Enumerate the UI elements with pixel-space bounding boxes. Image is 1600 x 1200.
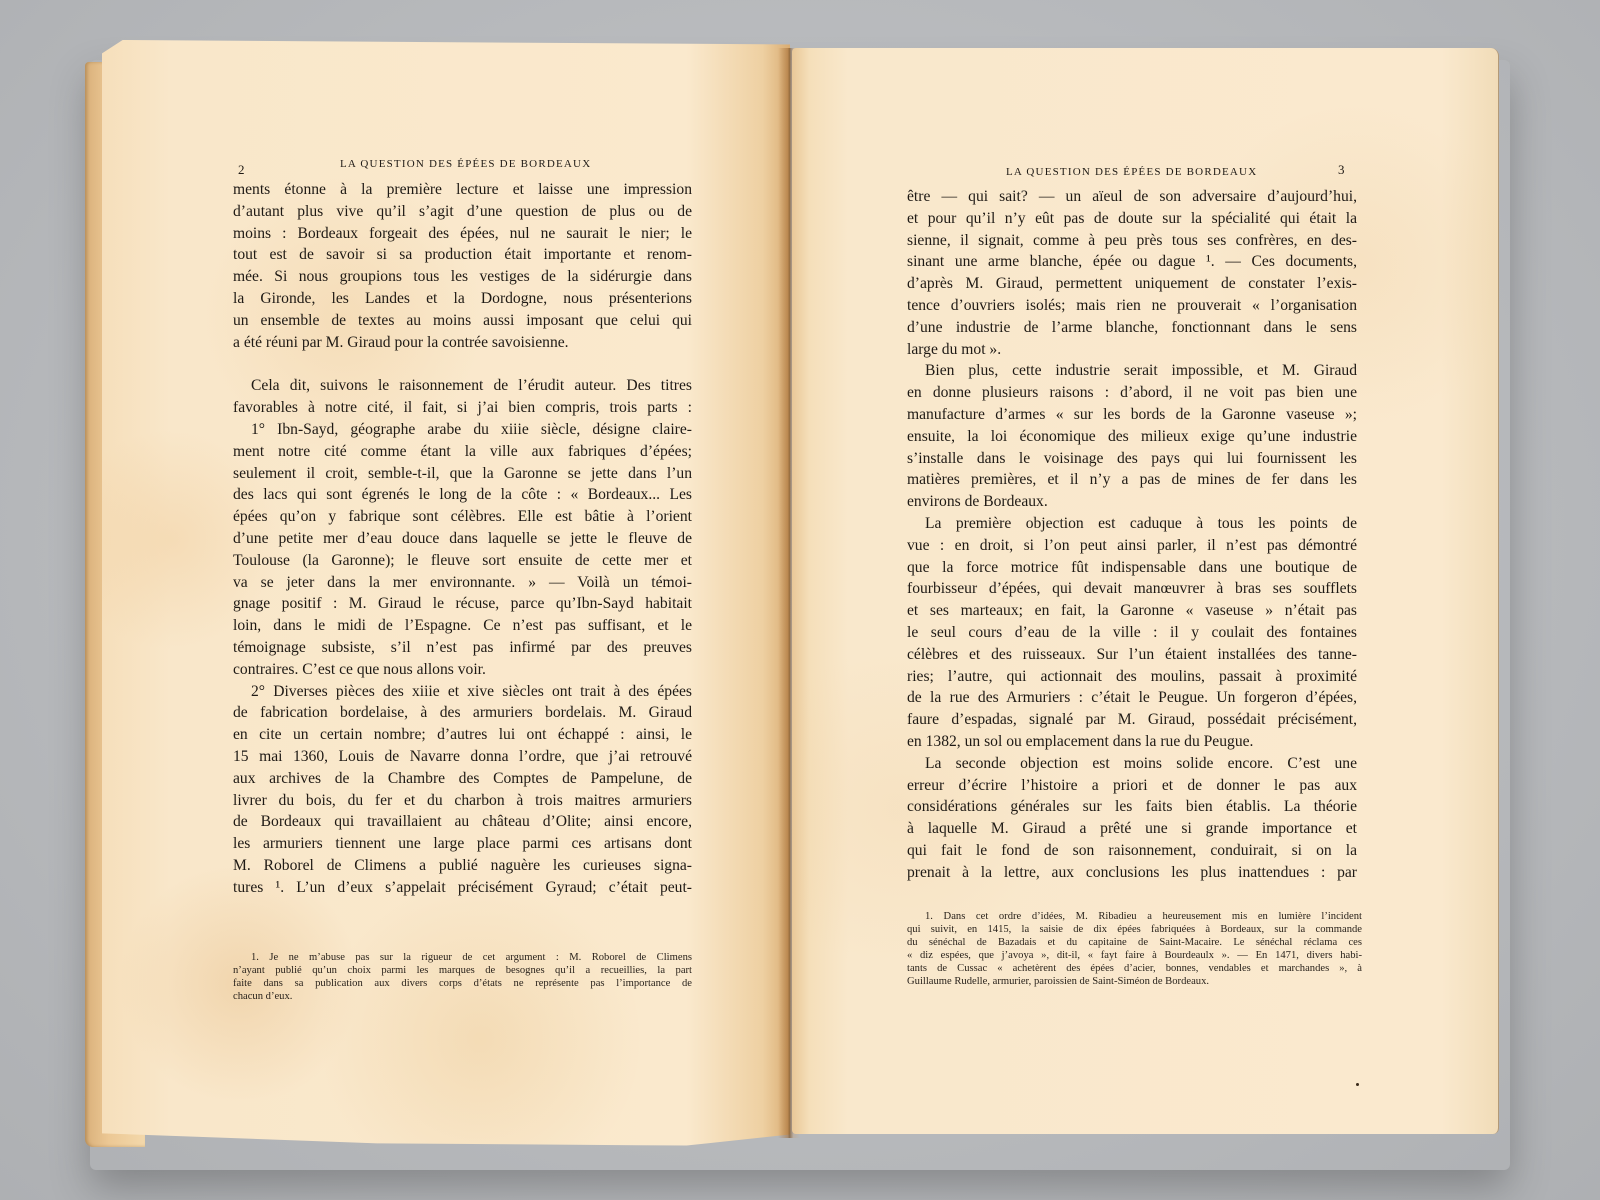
- text-line: favorables à notre cité, il fait, si j’a…: [233, 397, 692, 419]
- text-line: de fabrication bordelaise, à des armurie…: [233, 702, 692, 724]
- text-line: va se jeter dans la mer environnante. » …: [233, 572, 692, 594]
- text-line: qui fait le fond de son raisonnement, co…: [907, 840, 1357, 862]
- text-line: la Gironde, les Landes et la Dordogne, n…: [233, 288, 692, 310]
- text-line: un ensemble de textes au moins aussi imp…: [233, 310, 692, 332]
- running-head: LA QUESTION DES ÉPÉES DE BORDEAUX: [1006, 166, 1257, 178]
- text-line: de Bordeaux qui travaillaient au château…: [233, 811, 692, 833]
- footnote-line: chacun d’eux.: [233, 990, 692, 1003]
- text-line: fourbisseur d’épées, qui devait manœuvre…: [907, 578, 1357, 600]
- footnote-line: tants de Cussac « achetèrent des épées d…: [907, 962, 1362, 975]
- text-line: en donne plusieurs raisons : d’abord, il…: [907, 382, 1357, 404]
- text-line: en 1382, un sol ou emplacement dans la r…: [907, 731, 1357, 753]
- text-line: d’une industrie de l’arme blanche, fonct…: [907, 317, 1357, 339]
- footnote-line: Guillaume Rudelle, armurier, paroissien …: [907, 975, 1362, 988]
- text-line: ries; l’autre, qui actionnait des moulin…: [907, 666, 1357, 688]
- text-line: des lacs qui sont égrenés le long de la …: [233, 484, 692, 506]
- text-line: en cite un certain nombre; d’autres lui …: [233, 724, 692, 746]
- text-line: prenait à la lettre, aux conclusions les…: [907, 862, 1357, 884]
- paper-speck: [1356, 1083, 1359, 1086]
- text-line: manufacture d’armes « sur les bords de l…: [907, 404, 1357, 426]
- text-line: d’autant plus vive qu’il s’agit d’une qu…: [233, 201, 692, 223]
- left-footnote: 1. Je ne m’abuse pas sur la rigueur de c…: [233, 951, 692, 1003]
- left-body-text: ments étonne à la première lecture et la…: [233, 179, 692, 899]
- text-line: témoignage subsiste, s’il n’est pas infi…: [233, 637, 692, 659]
- page-number: 3: [1338, 162, 1345, 178]
- text-line: tence d’ouvriers isolés; mais rien ne pr…: [907, 295, 1357, 317]
- footnote-line: 1. Je ne m’abuse pas sur la rigueur de c…: [233, 951, 692, 964]
- text-line: les armuriers tiennent une large place p…: [233, 833, 692, 855]
- text-line: Cela dit, suivons le raisonnement de l’é…: [233, 375, 692, 397]
- page-number: 2: [238, 162, 245, 178]
- text-line: M. Roborel de Climens a publié naguère l…: [233, 855, 692, 877]
- text-line: livrer du bois, du fer et du charbon à t…: [233, 790, 692, 812]
- text-line: large du mot ».: [907, 339, 1357, 361]
- text-line: d’une petite mer d’eau douce dans laquel…: [233, 528, 692, 550]
- text-line: tout est de savoir si sa production étai…: [233, 244, 692, 266]
- right-footnote: 1. Dans cet ordre d’idées, M. Ribadieu a…: [907, 910, 1362, 988]
- text-line: loin, dans le midi de l’Espagne. Ce n’es…: [233, 615, 692, 637]
- text-line: vue : en droit, si l’on peut ainsi parle…: [907, 535, 1357, 557]
- text-line: d’après M. Giraud, permettent uniquement…: [907, 273, 1357, 295]
- text-line: La première objection est caduque à tous…: [907, 513, 1357, 535]
- text-line: faure d’espadas, signalé par M. Giraud, …: [907, 709, 1357, 731]
- footnote-line: n’ayant publié qu’un choix parmi les mar…: [233, 964, 692, 977]
- text-line: le seul cours d’eau de la ville : il y c…: [907, 622, 1357, 644]
- text-line: ment notre cité comme étant la ville aux…: [233, 441, 692, 463]
- text-line: que la force motrice fût indispensable d…: [907, 557, 1357, 579]
- text-line: tures ¹. L’un d’eux s’appelait préciséme…: [233, 877, 692, 899]
- text-line: erreur d’écrire l’histoire a priori et d…: [907, 775, 1357, 797]
- text-line: mée. Si nous groupions tous les vestiges…: [233, 266, 692, 288]
- text-line: 2° Diverses pièces des xiiie et xive siè…: [233, 681, 692, 703]
- text-line: aux archives de la Chambre des Comptes d…: [233, 768, 692, 790]
- text-line: s’installe dans le voisinage des pays qu…: [907, 448, 1357, 470]
- text-line: Toulouse (la Garonne); le fleuve sort en…: [233, 550, 692, 572]
- text-line: contraires. C’est ce que nous allons voi…: [233, 659, 692, 681]
- footnote-line: du sénéchal de Bazadais et du capitaine …: [907, 936, 1362, 949]
- text-line: Bien plus, cette industrie serait imposs…: [907, 360, 1357, 382]
- text-line: gnage positif : M. Giraud le récuse, par…: [233, 593, 692, 615]
- right-page: LA QUESTION DES ÉPÉES DE BORDEAUX 3 être…: [792, 48, 1499, 1134]
- text-line: seulement il croit, semble-t-il, que la …: [233, 463, 692, 485]
- text-line: et pour qu’il n’y eût pas de doute sur l…: [907, 208, 1357, 230]
- text-line: célèbres et des ruisseaux. Sur l’un étai…: [907, 644, 1357, 666]
- right-body-text: être — qui sait? — un aïeul de son adver…: [907, 186, 1357, 884]
- text-line: être — qui sait? — un aïeul de son adver…: [907, 186, 1357, 208]
- text-line: a été réuni par M. Giraud pour la contré…: [233, 332, 692, 354]
- text-line: sienne, il signait, comme à peu près tou…: [907, 230, 1357, 252]
- text-line: ments étonne à la première lecture et la…: [233, 179, 692, 201]
- text-line: considérations générales sur les faits b…: [907, 796, 1357, 818]
- paragraph-gap: [233, 353, 692, 375]
- footnote-line: 1. Dans cet ordre d’idées, M. Ribadieu a…: [907, 910, 1362, 923]
- left-page: 2 LA QUESTION DES ÉPÉES DE BORDEAUX ment…: [102, 40, 790, 1150]
- footnote-line: « diz espées, que j’avoya », dit-il, « f…: [907, 949, 1362, 962]
- footnote-line: faite dans sa publication aux divers cor…: [233, 977, 692, 990]
- text-line: de la rue des Armuriers : c’était le Peu…: [907, 687, 1357, 709]
- text-line: 1° Ibn-Sayd, géographe arabe du xiiie si…: [233, 419, 692, 441]
- text-line: 15 mai 1360, Louis de Navarre donna l’or…: [233, 746, 692, 768]
- text-line: sinant une arme blanche, épée ou dague ¹…: [907, 251, 1357, 273]
- text-line: ensuite, la loi économique des milieux e…: [907, 426, 1357, 448]
- text-line: matières premières, et il n’y a pas de m…: [907, 469, 1357, 491]
- text-line: et ses marteaux; en fait, la Garonne « v…: [907, 600, 1357, 622]
- text-line: à laquelle M. Giraud a prêté une si gran…: [907, 818, 1357, 840]
- text-line: moins : Bordeaux forgeait des épées, nul…: [233, 223, 692, 245]
- text-line: La seconde objection est moins solide en…: [907, 753, 1357, 775]
- footnote-line: qui suivit, en 1415, la saisie de dix ép…: [907, 923, 1362, 936]
- running-head: LA QUESTION DES ÉPÉES DE BORDEAUX: [340, 158, 591, 170]
- text-line: épées qu’on y fabrique sont célèbres. El…: [233, 506, 692, 528]
- text-line: environs de Bordeaux.: [907, 491, 1357, 513]
